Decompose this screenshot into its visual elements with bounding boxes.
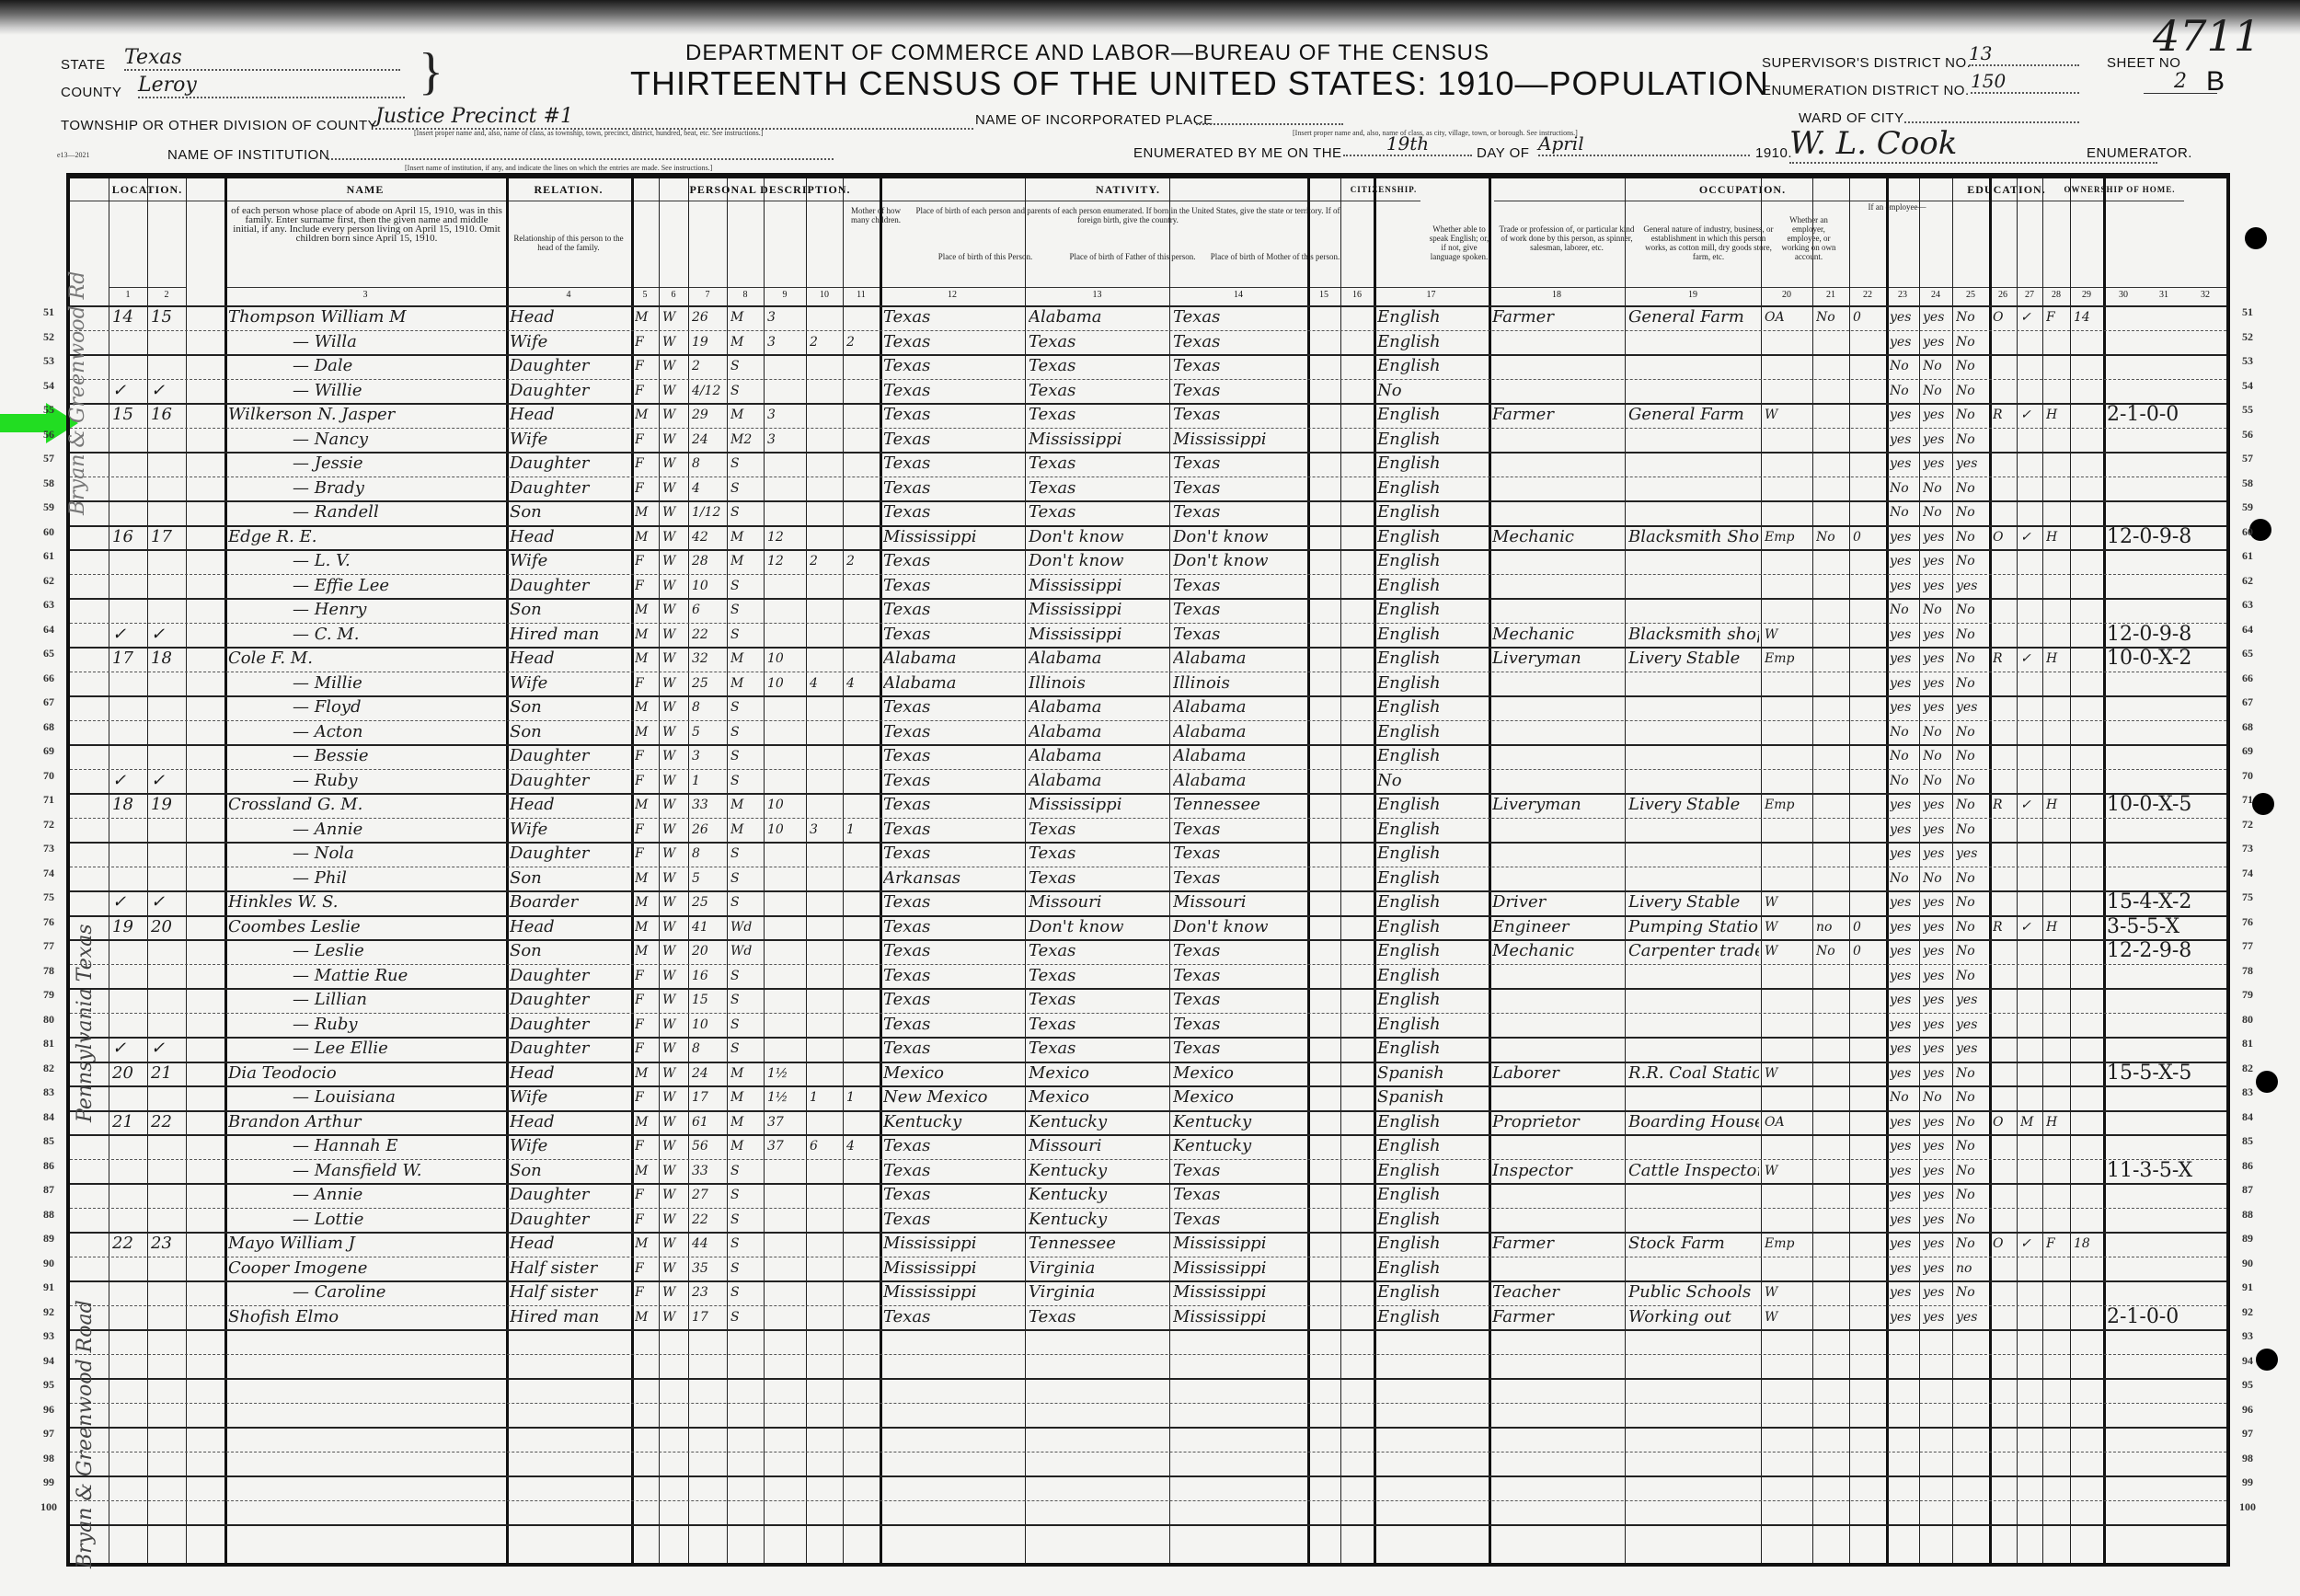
cell-read: yes bbox=[1890, 428, 1917, 452]
cell-relation: Daughter bbox=[510, 452, 629, 476]
department-heading: DEPARTMENT OF COMMERCE AND LABOR—BUREAU … bbox=[685, 40, 1489, 66]
line-number-right: 60 bbox=[2234, 525, 2261, 539]
cell-out-of-work: No bbox=[1816, 525, 1847, 549]
line-number-right: 94 bbox=[2234, 1354, 2261, 1368]
cell-father-birth: Mexico bbox=[1029, 1062, 1167, 1085]
line-number-right: 95 bbox=[2234, 1378, 2261, 1392]
cell-school: No bbox=[1956, 330, 1987, 354]
cell-write: yes bbox=[1923, 1257, 1950, 1280]
cell-father-birth: Alabama bbox=[1029, 305, 1167, 329]
cell-age: 6 bbox=[692, 598, 725, 622]
cell-marital: S bbox=[730, 379, 762, 403]
column-number: 24 bbox=[1919, 287, 1952, 303]
cell-write: yes bbox=[1923, 939, 1950, 963]
cell-write: yes bbox=[1923, 574, 1950, 598]
cell-write: yes bbox=[1923, 964, 1950, 988]
cell-school: No bbox=[1956, 1134, 1987, 1158]
cell-father-birth: Texas bbox=[1029, 354, 1167, 378]
cell-race: W bbox=[662, 574, 686, 598]
line-number-left: 80 bbox=[35, 1013, 63, 1027]
cell-write: yes bbox=[1923, 1232, 1950, 1256]
cell-codes: 3-5-5-X bbox=[2107, 915, 2225, 939]
census-title: THIRTEENTH CENSUS OF THE UNITED STATES: … bbox=[630, 64, 1769, 103]
cell-mother-birth: Kentucky bbox=[1173, 1134, 1305, 1158]
cell-relation: Son bbox=[510, 598, 629, 622]
cell-birth: Mexico bbox=[883, 1062, 1023, 1085]
cell-industry: Working out bbox=[1628, 1305, 1759, 1329]
cell-mother-birth: Texas bbox=[1173, 379, 1305, 403]
cell-birth: Texas bbox=[883, 695, 1023, 719]
cell-sex: F bbox=[635, 1037, 657, 1061]
cell-write: No bbox=[1923, 500, 1950, 524]
cell-years-married: 3 bbox=[767, 305, 804, 329]
cell-school: No bbox=[1956, 647, 1987, 671]
cell-marital: M2 bbox=[730, 428, 762, 452]
cell-father-birth: Alabama bbox=[1029, 744, 1167, 768]
cell-marital: S bbox=[730, 1305, 762, 1329]
cell-read: yes bbox=[1890, 964, 1917, 988]
cell-relation: Wife bbox=[510, 1134, 629, 1158]
cell-farm: F bbox=[2046, 1232, 2068, 1256]
cell-read: yes bbox=[1890, 1062, 1917, 1085]
cell-father-birth: Mexico bbox=[1029, 1085, 1167, 1109]
cell-family: ✓ bbox=[151, 769, 184, 793]
cell-read: yes bbox=[1890, 525, 1917, 549]
cell-relation: Daughter bbox=[510, 744, 629, 768]
cell-sex: M bbox=[635, 500, 657, 524]
ward-field bbox=[1904, 121, 2079, 123]
cell-race: W bbox=[662, 403, 686, 427]
cell-marital: S bbox=[730, 477, 762, 500]
cell-race: W bbox=[662, 672, 686, 695]
cell-read: yes bbox=[1890, 1183, 1917, 1207]
cell-years-married: 12 bbox=[767, 525, 804, 549]
cell-family: 19 bbox=[151, 793, 184, 817]
cell-school: yes bbox=[1956, 452, 1987, 476]
cell-race: W bbox=[662, 1159, 686, 1183]
line-number-left: 76 bbox=[35, 915, 63, 929]
cell-marital: S bbox=[730, 867, 762, 890]
cell-dwelling: ✓ bbox=[112, 890, 145, 914]
cell-out-of-work: No bbox=[1816, 305, 1847, 329]
cell-read: yes bbox=[1890, 623, 1917, 647]
cell-sex: F bbox=[635, 964, 657, 988]
cell-emp: W bbox=[1765, 1062, 1811, 1085]
cell-living: 4 bbox=[846, 672, 878, 695]
cell-mother-birth: Texas bbox=[1173, 1183, 1305, 1207]
cell-school: No bbox=[1956, 1208, 1987, 1232]
cell-relation: Head bbox=[510, 915, 629, 939]
cell-write: yes bbox=[1923, 428, 1950, 452]
cell-mother-birth: Alabama bbox=[1173, 769, 1305, 793]
line-number-right: 54 bbox=[2234, 379, 2261, 393]
cell-write: yes bbox=[1923, 672, 1950, 695]
cell-father-birth: Alabama bbox=[1029, 695, 1167, 719]
cell-write: yes bbox=[1923, 452, 1950, 476]
cell-school: No bbox=[1956, 500, 1987, 524]
cell-mother-birth: Kentucky bbox=[1173, 1110, 1305, 1134]
cell-sex: M bbox=[635, 525, 657, 549]
line-number-left: 60 bbox=[35, 525, 63, 539]
enumerator-label: ENUMERATOR. bbox=[2087, 145, 2192, 161]
line-number-right: 68 bbox=[2234, 720, 2261, 734]
row-rule bbox=[70, 1475, 2226, 1477]
cell-father-birth: Don't know bbox=[1029, 525, 1167, 549]
cell-family: 20 bbox=[151, 915, 184, 939]
cell-school: yes bbox=[1956, 842, 1987, 866]
cell-sex: M bbox=[635, 623, 657, 647]
cell-relation: Son bbox=[510, 939, 629, 963]
cell-relation: Daughter bbox=[510, 574, 629, 598]
cell-emp: W bbox=[1765, 1280, 1811, 1304]
enumeration-district-label: ENUMERATION DISTRICT NO. bbox=[1762, 83, 1970, 98]
cell-birth: Mississippi bbox=[883, 525, 1023, 549]
line-number-right: 78 bbox=[2234, 964, 2261, 978]
cell-name: Mayo William J bbox=[228, 1232, 504, 1256]
cell-sex: M bbox=[635, 915, 657, 939]
line-number-right: 75 bbox=[2234, 890, 2261, 904]
cell-write: yes bbox=[1923, 842, 1950, 866]
cell-father-birth: Illinois bbox=[1029, 672, 1167, 695]
column-divider bbox=[186, 178, 187, 1563]
cell-industry: Livery Stable bbox=[1628, 793, 1759, 817]
year-label: 1910. bbox=[1755, 145, 1792, 161]
cell-father-birth: Texas bbox=[1029, 867, 1167, 890]
cell-codes: 15-4-X-2 bbox=[2107, 890, 2225, 914]
cell-relation: Wife bbox=[510, 330, 629, 354]
line-number-left: 61 bbox=[35, 549, 63, 563]
group-nativity: NATIVITY. bbox=[909, 178, 1347, 201]
cell-industry: Carpenter trade bbox=[1628, 939, 1759, 963]
cell-birth: Texas bbox=[883, 890, 1023, 914]
column-number: 9 bbox=[764, 287, 806, 303]
cell-read: No bbox=[1890, 1085, 1917, 1109]
cell-father-birth: Alabama bbox=[1029, 720, 1167, 744]
institution-label: NAME OF INSTITUTION bbox=[167, 147, 329, 163]
cell-language: English bbox=[1377, 818, 1487, 842]
cell-language: English bbox=[1377, 1280, 1487, 1304]
cell-birth: Texas bbox=[883, 477, 1023, 500]
cell-father-birth: Mississippi bbox=[1029, 598, 1167, 622]
cell-mother-birth: Texas bbox=[1173, 477, 1305, 500]
cell-dwelling: ✓ bbox=[112, 769, 145, 793]
cell-age: 56 bbox=[692, 1134, 725, 1158]
line-number-left: 53 bbox=[35, 354, 63, 368]
line-number-right: 59 bbox=[2234, 500, 2261, 514]
cell-father-birth: Missouri bbox=[1029, 1134, 1167, 1158]
cell-own: R bbox=[1993, 403, 2015, 427]
cell-years-married: 10 bbox=[767, 818, 804, 842]
column-divider bbox=[1625, 178, 1626, 1563]
cell-trade: Proprietor bbox=[1492, 1110, 1623, 1134]
cell-marital: M bbox=[730, 549, 762, 573]
cell-marital: S bbox=[730, 1183, 762, 1207]
line-number-right: 89 bbox=[2234, 1232, 2261, 1246]
line-number-right: 67 bbox=[2234, 695, 2261, 709]
cell-years-married: 3 bbox=[767, 428, 804, 452]
cell-school: yes bbox=[1956, 1305, 1987, 1329]
cell-industry: General Farm bbox=[1628, 305, 1759, 329]
cell-marital: S bbox=[730, 1232, 762, 1256]
cell-school: No bbox=[1956, 672, 1987, 695]
cell-sex: F bbox=[635, 1257, 657, 1280]
line-number-right: 79 bbox=[2234, 988, 2261, 1002]
cell-born: 1 bbox=[810, 1085, 841, 1109]
cell-language: English bbox=[1377, 1208, 1487, 1232]
cell-industry: R.R. Coal Station bbox=[1628, 1062, 1759, 1085]
cell-race: W bbox=[662, 330, 686, 354]
cell-name: Dia Teodocio bbox=[228, 1062, 504, 1085]
cell-dwelling: 18 bbox=[112, 793, 145, 817]
cell-read: yes bbox=[1890, 695, 1917, 719]
line-number-left: 56 bbox=[35, 428, 63, 442]
cell-write: yes bbox=[1923, 549, 1950, 573]
cell-born: 2 bbox=[810, 549, 841, 573]
cell-write: No bbox=[1923, 720, 1950, 744]
line-number-right: 80 bbox=[2234, 1013, 2261, 1027]
cell-father-birth: Missouri bbox=[1029, 890, 1167, 914]
cell-born: 4 bbox=[810, 672, 841, 695]
cell-write: No bbox=[1923, 1085, 1950, 1109]
col-17-desc: Whether able to speak English; or, if no… bbox=[1426, 224, 1492, 261]
cell-dwelling: 14 bbox=[112, 305, 145, 329]
cell-school: No bbox=[1956, 549, 1987, 573]
cell-age: 19 bbox=[692, 330, 725, 354]
cell-race: W bbox=[662, 598, 686, 622]
cell-read: yes bbox=[1890, 890, 1917, 914]
cell-race: W bbox=[662, 988, 686, 1012]
cell-dwelling: 22 bbox=[112, 1232, 145, 1256]
cell-race: W bbox=[662, 1208, 686, 1232]
cell-read: No bbox=[1890, 354, 1917, 378]
cell-birth: Texas bbox=[883, 720, 1023, 744]
cell-race: W bbox=[662, 1085, 686, 1109]
cell-birth: Texas bbox=[883, 598, 1023, 622]
incorporated-place-field bbox=[1196, 123, 1343, 125]
cell-race: W bbox=[662, 452, 686, 476]
row-rule bbox=[70, 1524, 2226, 1526]
cell-birth: Kentucky bbox=[883, 1110, 1023, 1134]
line-number-left: 69 bbox=[35, 744, 63, 758]
cell-father-birth: Tennessee bbox=[1029, 1232, 1167, 1256]
cell-father-birth: Kentucky bbox=[1029, 1208, 1167, 1232]
line-number-right: 99 bbox=[2234, 1475, 2261, 1489]
cell-emp: OA bbox=[1765, 305, 1811, 329]
margin-note-bottom: Bryan & Greenwood Road bbox=[74, 1300, 97, 1568]
cell-read: yes bbox=[1890, 1280, 1917, 1304]
cell-own: R bbox=[1993, 647, 2015, 671]
cell-age: 16 bbox=[692, 964, 725, 988]
line-number-left: 65 bbox=[35, 647, 63, 660]
cell-age: 44 bbox=[692, 1232, 725, 1256]
cell-write: yes bbox=[1923, 1280, 1950, 1304]
line-number-right: 58 bbox=[2234, 477, 2261, 490]
cell-sex: M bbox=[635, 598, 657, 622]
cell-school: No bbox=[1956, 818, 1987, 842]
col-relation-desc: Relationship of this person to the head … bbox=[510, 234, 627, 252]
cell-trade: Liveryman bbox=[1492, 793, 1623, 817]
cell-relation: Wife bbox=[510, 672, 629, 695]
cell-birth: Texas bbox=[883, 988, 1023, 1012]
cell-industry: General Farm bbox=[1628, 403, 1759, 427]
line-number-left: 88 bbox=[35, 1208, 63, 1222]
cell-read: No bbox=[1890, 720, 1917, 744]
cell-language: English bbox=[1377, 305, 1487, 329]
cell-relation: Half sister bbox=[510, 1257, 629, 1280]
line-number-left: 96 bbox=[35, 1403, 63, 1417]
cell-read: yes bbox=[1890, 1037, 1917, 1061]
cell-write: yes bbox=[1923, 793, 1950, 817]
cell-write: yes bbox=[1923, 1037, 1950, 1061]
cell-write: yes bbox=[1923, 915, 1950, 939]
cell-codes: 11-3-5-X bbox=[2107, 1159, 2225, 1183]
cell-language: English bbox=[1377, 720, 1487, 744]
cell-age: 25 bbox=[692, 672, 725, 695]
cell-relation: Daughter bbox=[510, 379, 629, 403]
cell-name: Edge R. E. bbox=[228, 525, 504, 549]
cell-mother-birth: Mississippi bbox=[1173, 1232, 1305, 1256]
cell-language: English bbox=[1377, 598, 1487, 622]
cell-language: Spanish bbox=[1377, 1062, 1487, 1085]
cell-living: 2 bbox=[846, 549, 878, 573]
cell-dwelling: 21 bbox=[112, 1110, 145, 1134]
cell-language: English bbox=[1377, 452, 1487, 476]
enumeration-district-field: 150 bbox=[1971, 70, 2079, 94]
cell-age: 17 bbox=[692, 1305, 725, 1329]
cell-relation: Son bbox=[510, 695, 629, 719]
cell-relation: Hired man bbox=[510, 1305, 629, 1329]
cell-language: English bbox=[1377, 1134, 1487, 1158]
cell-age: 22 bbox=[692, 623, 725, 647]
cell-trade: Engineer bbox=[1492, 915, 1623, 939]
cell-name: Coombes Leslie bbox=[228, 915, 504, 939]
cell-trade: Mechanic bbox=[1492, 525, 1623, 549]
form-code: e13—2021 bbox=[57, 151, 90, 159]
cell-birth: Arkansas bbox=[883, 867, 1023, 890]
cell-marital: M bbox=[730, 330, 762, 354]
cell-age: 15 bbox=[692, 988, 725, 1012]
cell-marital: M bbox=[730, 1134, 762, 1158]
cell-school: No bbox=[1956, 1159, 1987, 1183]
row-rule bbox=[70, 1500, 2226, 1501]
cell-write: No bbox=[1923, 744, 1950, 768]
cell-write: yes bbox=[1923, 1062, 1950, 1085]
line-number-right: 74 bbox=[2234, 867, 2261, 880]
cell-birth: Texas bbox=[883, 354, 1023, 378]
day-of-label: DAY OF bbox=[1477, 145, 1529, 161]
line-number-left: 98 bbox=[35, 1452, 63, 1465]
line-number-right: 98 bbox=[2234, 1452, 2261, 1465]
cell-weeks: 0 bbox=[1853, 915, 1884, 939]
cell-age: 8 bbox=[692, 1037, 725, 1061]
cell-age: 61 bbox=[692, 1110, 725, 1134]
cell-read: No bbox=[1890, 769, 1917, 793]
cell-emp: Emp bbox=[1765, 525, 1811, 549]
cell-school: No bbox=[1956, 354, 1987, 378]
cell-family: 18 bbox=[151, 647, 184, 671]
cell-emp: OA bbox=[1765, 1110, 1811, 1134]
cell-own: O bbox=[1993, 525, 2015, 549]
cell-language: English bbox=[1377, 1159, 1487, 1183]
cell-father-birth: Texas bbox=[1029, 842, 1167, 866]
cell-relation: Daughter bbox=[510, 769, 629, 793]
cell-relation: Head bbox=[510, 1232, 629, 1256]
cell-name: Wilkerson N. Jasper bbox=[228, 403, 504, 427]
cell-name: Brandon Arthur bbox=[228, 1110, 504, 1134]
cell-school: No bbox=[1956, 403, 1987, 427]
cell-dwelling: 19 bbox=[112, 915, 145, 939]
column-number: 3 bbox=[224, 287, 506, 303]
cell-relation: Daughter bbox=[510, 1183, 629, 1207]
cell-family: ✓ bbox=[151, 1037, 184, 1061]
column-number: 11 bbox=[843, 287, 880, 303]
line-number-right: 72 bbox=[2234, 818, 2261, 832]
cell-father-birth: Mississippi bbox=[1029, 793, 1167, 817]
township-note: [Insert proper name and, also, name of c… bbox=[414, 129, 763, 137]
cell-father-birth: Texas bbox=[1029, 452, 1167, 476]
cell-language: English bbox=[1377, 1232, 1487, 1256]
line-number-left: 68 bbox=[35, 720, 63, 734]
cell-emp: W bbox=[1765, 1159, 1811, 1183]
cell-relation: Daughter bbox=[510, 354, 629, 378]
cell-years-married: 3 bbox=[767, 330, 804, 354]
cell-born: 3 bbox=[810, 818, 841, 842]
cell-sex: M bbox=[635, 867, 657, 890]
cell-birth: Texas bbox=[883, 403, 1023, 427]
cell-birth: Texas bbox=[883, 305, 1023, 329]
cell-trade: Laborer bbox=[1492, 1062, 1623, 1085]
cell-read: yes bbox=[1890, 1013, 1917, 1037]
cell-school: no bbox=[1956, 1257, 1987, 1280]
cell-mother-birth: Mississippi bbox=[1173, 1305, 1305, 1329]
cell-emp: W bbox=[1765, 403, 1811, 427]
cell-years-married: 3 bbox=[767, 403, 804, 427]
cell-birth: Mississippi bbox=[883, 1232, 1023, 1256]
cell-relation: Boarder bbox=[510, 890, 629, 914]
line-number-left: 86 bbox=[35, 1159, 63, 1173]
cell-years-married: 1½ bbox=[767, 1062, 804, 1085]
cell-mother-birth: Texas bbox=[1173, 500, 1305, 524]
cell-age: 33 bbox=[692, 1159, 725, 1183]
cell-father-birth: Mississippi bbox=[1029, 574, 1167, 598]
cell-race: W bbox=[662, 720, 686, 744]
cell-language: English bbox=[1377, 867, 1487, 890]
cell-age: 10 bbox=[692, 1013, 725, 1037]
cell-language: English bbox=[1377, 428, 1487, 452]
cell-age: 23 bbox=[692, 1280, 725, 1304]
cell-race: W bbox=[662, 842, 686, 866]
ward-label: WARD OF CITY bbox=[1799, 110, 1904, 126]
cell-relation: Hired man bbox=[510, 623, 629, 647]
column-divider bbox=[147, 178, 148, 1563]
cell-language: English bbox=[1377, 354, 1487, 378]
line-number-left: 97 bbox=[35, 1427, 63, 1441]
cell-mother-birth: Texas bbox=[1173, 623, 1305, 647]
cell-age: 5 bbox=[692, 720, 725, 744]
column-number: 23 bbox=[1886, 287, 1919, 303]
cell-school: No bbox=[1956, 1085, 1987, 1109]
cell-birth: Texas bbox=[883, 500, 1023, 524]
cell-age: 8 bbox=[692, 695, 725, 719]
cell-weeks: 0 bbox=[1853, 525, 1884, 549]
line-number-left: 67 bbox=[35, 695, 63, 709]
cell-write: yes bbox=[1923, 1013, 1950, 1037]
cell-language: English bbox=[1377, 793, 1487, 817]
line-number-left: 91 bbox=[35, 1280, 63, 1294]
cell-age: 24 bbox=[692, 1062, 725, 1085]
cell-read: No bbox=[1890, 867, 1917, 890]
cell-race: W bbox=[662, 818, 686, 842]
